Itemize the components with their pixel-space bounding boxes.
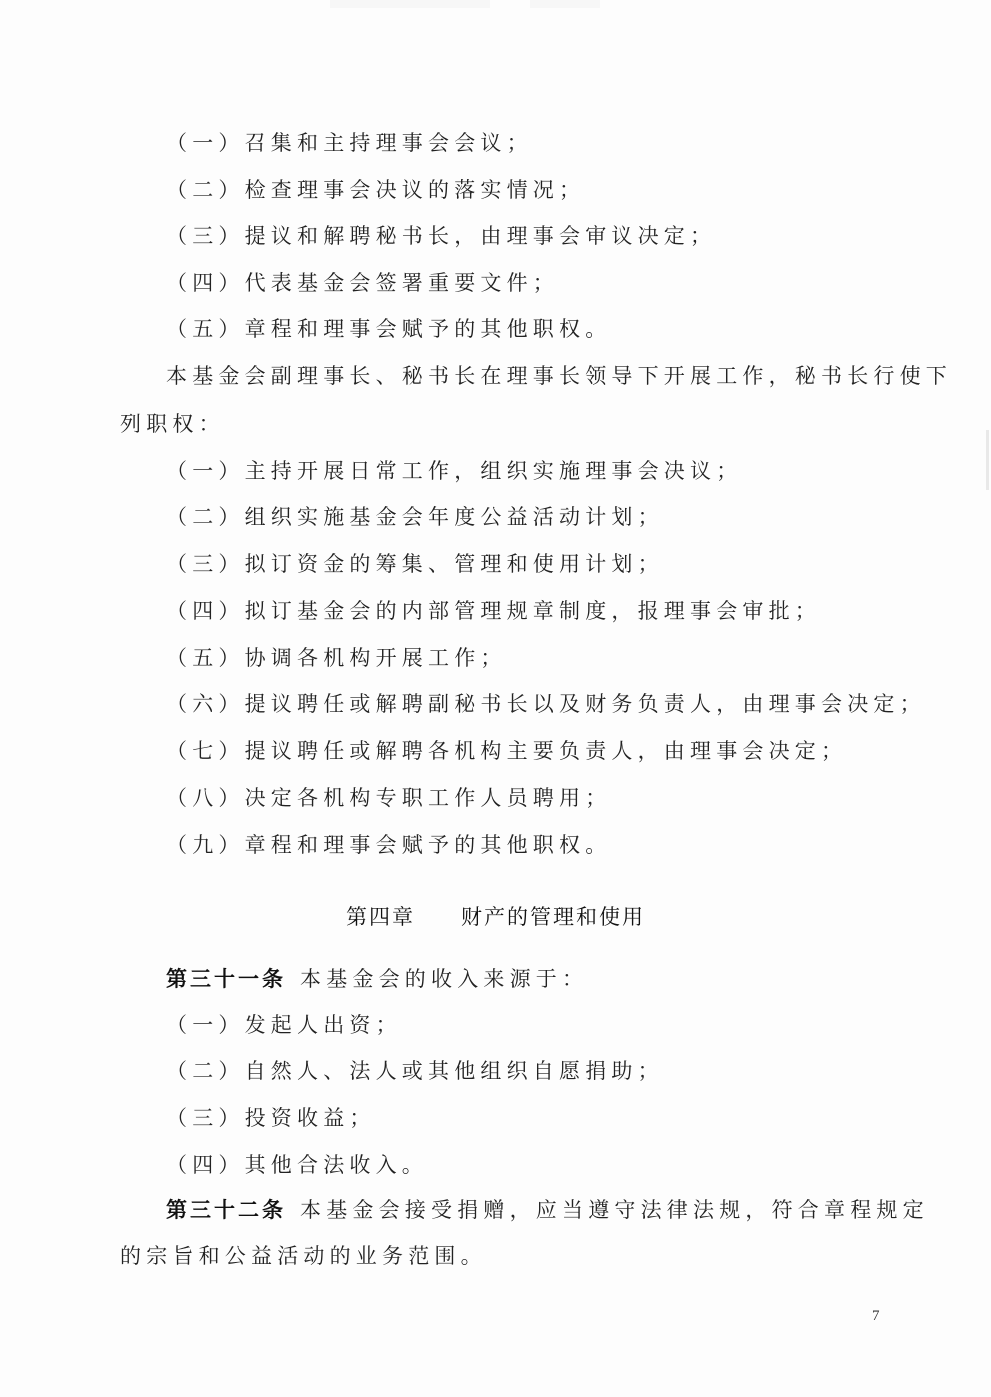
chapter-heading: 第四章 财产的管理和使用 — [0, 903, 991, 931]
list-item: （五）协调各机构开展工作； — [166, 644, 507, 672]
scan-edge-artifact — [986, 430, 989, 490]
scan-artifact — [530, 0, 600, 8]
list-item: （八）决定各机构专职工作人员聘用； — [166, 784, 611, 812]
list-item: （二）检查理事会决议的落实情况； — [166, 176, 585, 204]
paragraph-line: 的宗旨和公益活动的业务范围。 — [120, 1242, 487, 1270]
article-32: 第三十二条本基金会接受捐赠，应当遵守法律法规，符合章程规定 — [166, 1196, 929, 1224]
article-label: 第三十一条 — [166, 966, 286, 991]
list-item: （四）其他合法收入。 — [166, 1151, 428, 1179]
list-item: （一）召集和主持理事会会议； — [166, 129, 533, 157]
list-item: （二）组织实施基金会年度公益活动计划； — [166, 503, 664, 531]
paragraph-line: 本基金会副理事长、秘书长在理事长领导下开展工作，秘书长行使下 — [166, 362, 952, 390]
list-item: （三）投资收益； — [166, 1104, 376, 1132]
list-item: （四）拟订基金会的内部管理规章制度，报理事会审批； — [166, 597, 821, 625]
list-item: （二）自然人、法人或其他组织自愿捐助； — [166, 1057, 664, 1085]
list-item: （四）代表基金会签署重要文件； — [166, 269, 559, 297]
list-item: （七）提议聘任或解聘各机构主要负责人，由理事会决定； — [166, 737, 847, 765]
list-item: （五）章程和理事会赋予的其他职权。 — [166, 315, 611, 343]
article-text: 本基金会接受捐赠，应当遵守法律法规，符合章程规定 — [300, 1198, 929, 1222]
list-item: （一）主持开展日常工作，组织实施理事会决议； — [166, 457, 742, 485]
paragraph-line: 列职权： — [120, 410, 225, 438]
list-item: （三）提议和解聘秘书长，由理事会审议决定； — [166, 222, 716, 250]
scan-artifact — [330, 0, 490, 8]
document-page: （一）召集和主持理事会会议； （二）检查理事会决议的落实情况； （三）提议和解聘… — [0, 0, 991, 1397]
list-item: （三）拟订资金的筹集、管理和使用计划； — [166, 550, 664, 578]
article-label: 第三十二条 — [166, 1197, 286, 1222]
list-item: （一）发起人出资； — [166, 1011, 402, 1039]
list-item: （六）提议聘任或解聘副秘书长以及财务负责人，由理事会决定； — [166, 690, 926, 718]
list-item: （九）章程和理事会赋予的其他职权。 — [166, 831, 611, 859]
page-number: 7 — [872, 1308, 880, 1325]
article-31: 第三十一条本基金会的收入来源于： — [166, 965, 588, 993]
article-text: 本基金会的收入来源于： — [300, 967, 588, 991]
